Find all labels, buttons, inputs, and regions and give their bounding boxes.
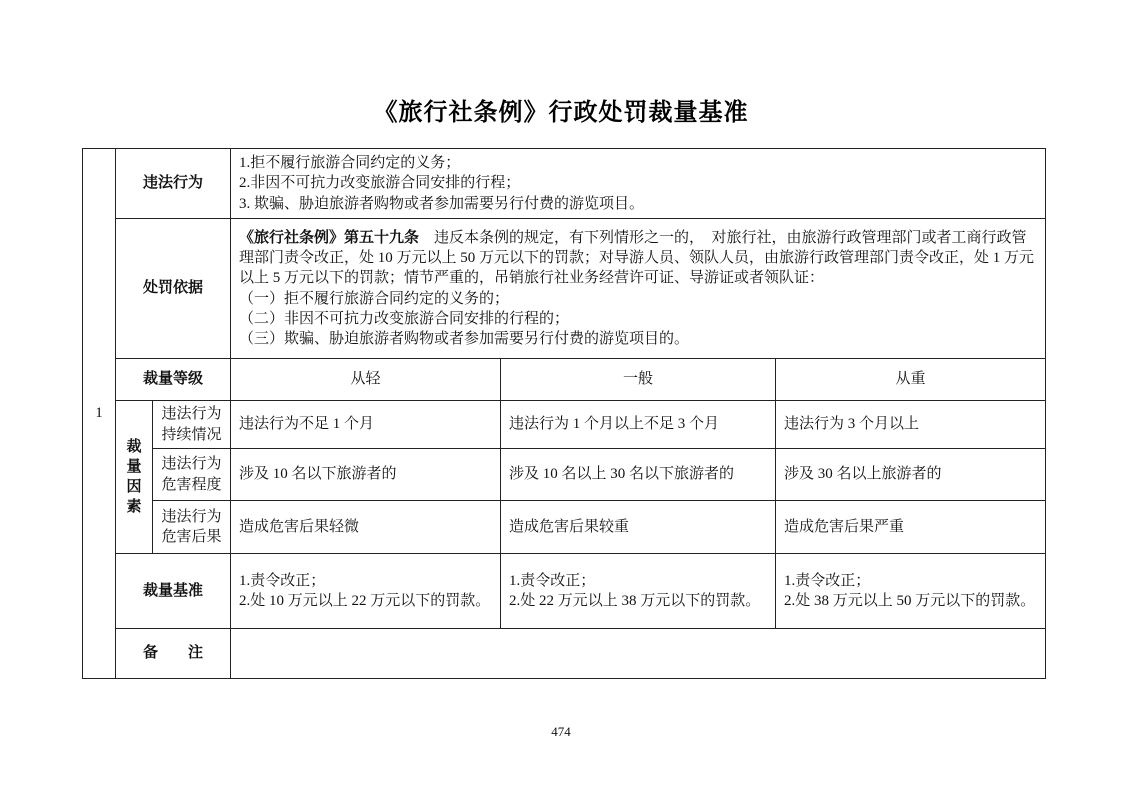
document-page: 《旅行社条例》行政处罚裁量基准 1 违法行为 1.拒不履行旅游合同约定的义务； … bbox=[0, 0, 1122, 793]
factor-duration-label: 违法行为 持续情况 bbox=[153, 401, 231, 449]
factor-consequence-light: 造成危害后果轻微 bbox=[231, 501, 501, 554]
factor-duration-general: 违法行为 1 个月以上不足 3 个月 bbox=[501, 401, 776, 449]
table-row: 裁 量 因 素 违法行为 持续情况 违法行为不足 1 个月 违法行为 1 个月以… bbox=[83, 401, 1046, 449]
standard-light: 1.责令改正； 2.处 10 万元以上 22 万元以下的罚款。 bbox=[231, 554, 501, 629]
illegal-act-content: 1.拒不履行旅游合同约定的义务； 2.非因不可抗力改变旅游合同安排的行程； 3.… bbox=[231, 149, 1046, 219]
standard-general: 1.责令改正； 2.处 22 万元以上 38 万元以下的罚款。 bbox=[501, 554, 776, 629]
level-heavy: 从重 bbox=[776, 359, 1046, 401]
page-number: 474 bbox=[0, 724, 1122, 740]
row-number-cell: 1 bbox=[83, 149, 116, 679]
penalty-basis-items: （一）拒不履行旅游合同约定的义务的； （二）非因不可抗力改变旅游合同安排的行程的… bbox=[239, 289, 1037, 350]
discretion-standard-label: 裁量基准 bbox=[116, 554, 231, 629]
factor-degree-general: 涉及 10 名以上 30 名以下旅游者的 bbox=[501, 449, 776, 501]
penalty-basis-content: 《旅行社条例》第五十九条 违反本条例的规定，有下列情形之一的， 对旅行社，由旅游… bbox=[231, 219, 1046, 359]
factor-consequence-label: 违法行为 危害后果 bbox=[153, 501, 231, 554]
remarks-content bbox=[231, 629, 1046, 679]
table-row: 1 违法行为 1.拒不履行旅游合同约定的义务； 2.非因不可抗力改变旅游合同安排… bbox=[83, 149, 1046, 219]
table-row: 违法行为 危害程度 涉及 10 名以下旅游者的 涉及 10 名以上 30 名以下… bbox=[83, 449, 1046, 501]
penalty-basis-paragraph: 《旅行社条例》第五十九条 违反本条例的规定，有下列情形之一的， 对旅行社，由旅游… bbox=[239, 228, 1037, 289]
illegal-act-label: 违法行为 bbox=[116, 149, 231, 219]
factor-duration-light: 违法行为不足 1 个月 bbox=[231, 401, 501, 449]
standard-heavy: 1.责令改正； 2.处 38 万元以上 50 万元以下的罚款。 bbox=[776, 554, 1046, 629]
penalty-basis-lead: 《旅行社条例》第五十九条 bbox=[239, 230, 419, 246]
level-general: 一般 bbox=[501, 359, 776, 401]
factor-consequence-heavy: 造成危害后果严重 bbox=[776, 501, 1046, 554]
discretion-factors-label: 裁 量 因 素 bbox=[116, 401, 153, 554]
factor-degree-heavy: 涉及 30 名以上旅游者的 bbox=[776, 449, 1046, 501]
level-light: 从轻 bbox=[231, 359, 501, 401]
table-row: 处罚依据 《旅行社条例》第五十九条 违反本条例的规定，有下列情形之一的， 对旅行… bbox=[83, 219, 1046, 359]
table-row: 违法行为 危害后果 造成危害后果轻微 造成危害后果较重 造成危害后果严重 bbox=[83, 501, 1046, 554]
penalty-basis-label: 处罚依据 bbox=[116, 219, 231, 359]
penalty-discretion-table: 1 违法行为 1.拒不履行旅游合同约定的义务； 2.非因不可抗力改变旅游合同安排… bbox=[82, 148, 1046, 679]
discretion-level-label: 裁量等级 bbox=[116, 359, 231, 401]
table-row: 备 注 bbox=[83, 629, 1046, 679]
factor-consequence-general: 造成危害后果较重 bbox=[501, 501, 776, 554]
table-row: 裁量等级 从轻 一般 从重 bbox=[83, 359, 1046, 401]
table-row: 裁量基准 1.责令改正； 2.处 10 万元以上 22 万元以下的罚款。 1.责… bbox=[83, 554, 1046, 629]
document-title: 《旅行社条例》行政处罚裁量基准 bbox=[0, 92, 1122, 127]
remarks-label: 备 注 bbox=[116, 629, 231, 679]
factor-duration-heavy: 违法行为 3 个月以上 bbox=[776, 401, 1046, 449]
factor-degree-light: 涉及 10 名以下旅游者的 bbox=[231, 449, 501, 501]
factor-degree-label: 违法行为 危害程度 bbox=[153, 449, 231, 501]
